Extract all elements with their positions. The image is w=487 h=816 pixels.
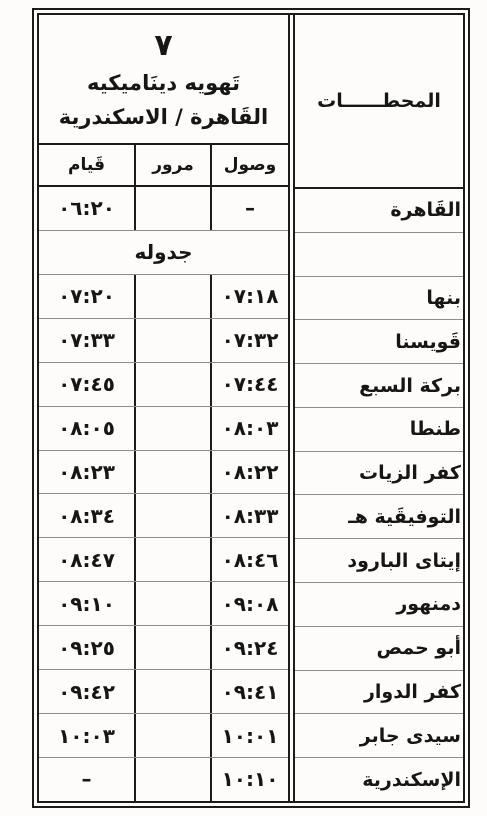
departure-time-cell: ٠٦:٢٠ (39, 187, 134, 230)
arrival-time-cell: ٠٨:٢٢ (210, 451, 288, 494)
train-route: القَاهرة / الاسكندرية (59, 105, 269, 129)
time-row-itay-elbarud: ٠٨:٤٦ ٠٨:٤٧ (39, 538, 288, 582)
timetable-inner: المحطــــــات القَاهرة بنها قَويسنا بركة… (37, 13, 465, 803)
arrival-time-cell: ٠٧:٤٤ (210, 363, 288, 406)
departure-time-cell: ٠٧:٤٥ (39, 363, 134, 406)
departure-time-cell: ١٠:٠٣ (39, 714, 134, 757)
station-quesna: قَويسنا (295, 320, 463, 364)
passing-time-cell (134, 714, 210, 757)
passing-time-cell (134, 582, 210, 625)
arrival-label: وصول (210, 145, 288, 185)
times-area: ٧ تَهويه دينَاميكيه القَاهرة / الاسكندري… (39, 15, 288, 801)
stations-column: المحطــــــات القَاهرة بنها قَويسنا بركة… (295, 15, 463, 801)
station-alexandria: الإسكندرية (295, 758, 463, 801)
passing-time-cell (134, 407, 210, 450)
station-cairo: القَاهرة (295, 189, 463, 233)
train-number: ٧ (154, 31, 172, 61)
passing-time-cell (134, 626, 210, 669)
time-row-schedule-note: جدوله (39, 231, 288, 275)
stations-header: المحطــــــات (295, 15, 463, 189)
station-damanhur: دمنهور (295, 583, 463, 627)
arrival-time-cell: ٠٨:٣٣ (210, 494, 288, 537)
departure-time-cell: ٠٩:١٠ (39, 582, 134, 625)
departure-time-cell: ٠٨:٠٥ (39, 407, 134, 450)
train-type: تَهويه دينَاميكيه (87, 71, 240, 95)
passing-time-cell (134, 670, 210, 713)
passing-time-cell (134, 275, 210, 318)
time-row-benha: ٠٧:١٨ ٠٧:٢٠ (39, 275, 288, 319)
departure-time-cell: ٠٩:٢٥ (39, 626, 134, 669)
time-row-kafr-elzayat: ٠٨:٢٢ ٠٨:٢٣ (39, 451, 288, 495)
time-row-tawfiqia: ٠٨:٣٣ ٠٨:٣٤ (39, 494, 288, 538)
station-tanta: طنطا (295, 408, 463, 452)
departure-time-cell: ٠٧:٣٣ (39, 319, 134, 362)
passing-time-cell (134, 319, 210, 362)
time-column-labels: وصول مرور قَيام (39, 145, 288, 187)
time-row-quesna: ٠٧:٣٢ ٠٧:٣٣ (39, 319, 288, 363)
arrival-time-cell: ٠٧:٣٢ (210, 319, 288, 362)
time-row-birket-elsab: ٠٧:٤٤ ٠٧:٤٥ (39, 363, 288, 407)
station-kafr-eldawar: كفر الدوار (295, 671, 463, 715)
arrival-time-cell: ١٠:١٠ (210, 758, 288, 801)
departure-label: قَيام (39, 145, 134, 185)
train-title-cell: ٧ تَهويه دينَاميكيه القَاهرة / الاسكندري… (39, 15, 288, 145)
departure-time-cell: ٠٨:٤٧ (39, 538, 134, 581)
passing-time-cell (134, 363, 210, 406)
time-row-sidi-gaber: ١٠:٠١ ١٠:٠٣ (39, 714, 288, 758)
arrival-time-cell: ٠٩:٢٤ (210, 626, 288, 669)
arrival-time-cell: ٠٨:٠٣ (210, 407, 288, 450)
passing-label: مرور (134, 145, 210, 185)
arrival-time-cell: ٠٩:٤١ (210, 670, 288, 713)
arrival-time-cell: ٠٩:٠٨ (210, 582, 288, 625)
timetable: المحطــــــات القَاهرة بنها قَويسنا بركة… (32, 8, 470, 808)
departure-time-cell: ٠٧:٢٠ (39, 275, 134, 318)
passing-time-cell (134, 538, 210, 581)
passing-time-cell (134, 494, 210, 537)
passing-time-cell (134, 451, 210, 494)
station-sidi-gaber: سيدى جابر (295, 714, 463, 758)
departure-time-cell: ٠٩:٤٢ (39, 670, 134, 713)
departure-time-cell: ٠٨:٢٣ (39, 451, 134, 494)
passing-time-cell (134, 187, 210, 230)
station-empty (295, 233, 463, 277)
station-birket-elsab: بركة السبع (295, 364, 463, 408)
station-kafr-elzayat: كفر الزيات (295, 452, 463, 496)
station-itay-elbarud: إيتاى البارود (295, 539, 463, 583)
time-row-cairo: – ٠٦:٢٠ (39, 187, 288, 231)
arrival-time-cell: – (210, 187, 288, 230)
column-divider (288, 15, 295, 801)
time-row-alexandria: ١٠:١٠ – (39, 758, 288, 801)
departure-time-cell: – (39, 758, 134, 801)
arrival-time-cell: ١٠:٠١ (210, 714, 288, 757)
departure-time-cell: ٠٨:٣٤ (39, 494, 134, 537)
arrival-time-cell: ٠٨:٤٦ (210, 538, 288, 581)
time-row-tanta: ٠٨:٠٣ ٠٨:٠٥ (39, 407, 288, 451)
time-row-damanhur: ٠٩:٠٨ ٠٩:١٠ (39, 582, 288, 626)
station-tawfiqia: التوفيقَية هـ (295, 495, 463, 539)
passing-time-cell (134, 758, 210, 801)
time-row-kafr-eldawar: ٠٩:٤١ ٠٩:٤٢ (39, 670, 288, 714)
station-abu-homs: أبو حمص (295, 627, 463, 671)
schedule-note-cell: جدوله (39, 231, 288, 274)
station-benha: بنها (295, 277, 463, 321)
arrival-time-cell: ٠٧:١٨ (210, 275, 288, 318)
time-row-abu-homs: ٠٩:٢٤ ٠٩:٢٥ (39, 626, 288, 670)
